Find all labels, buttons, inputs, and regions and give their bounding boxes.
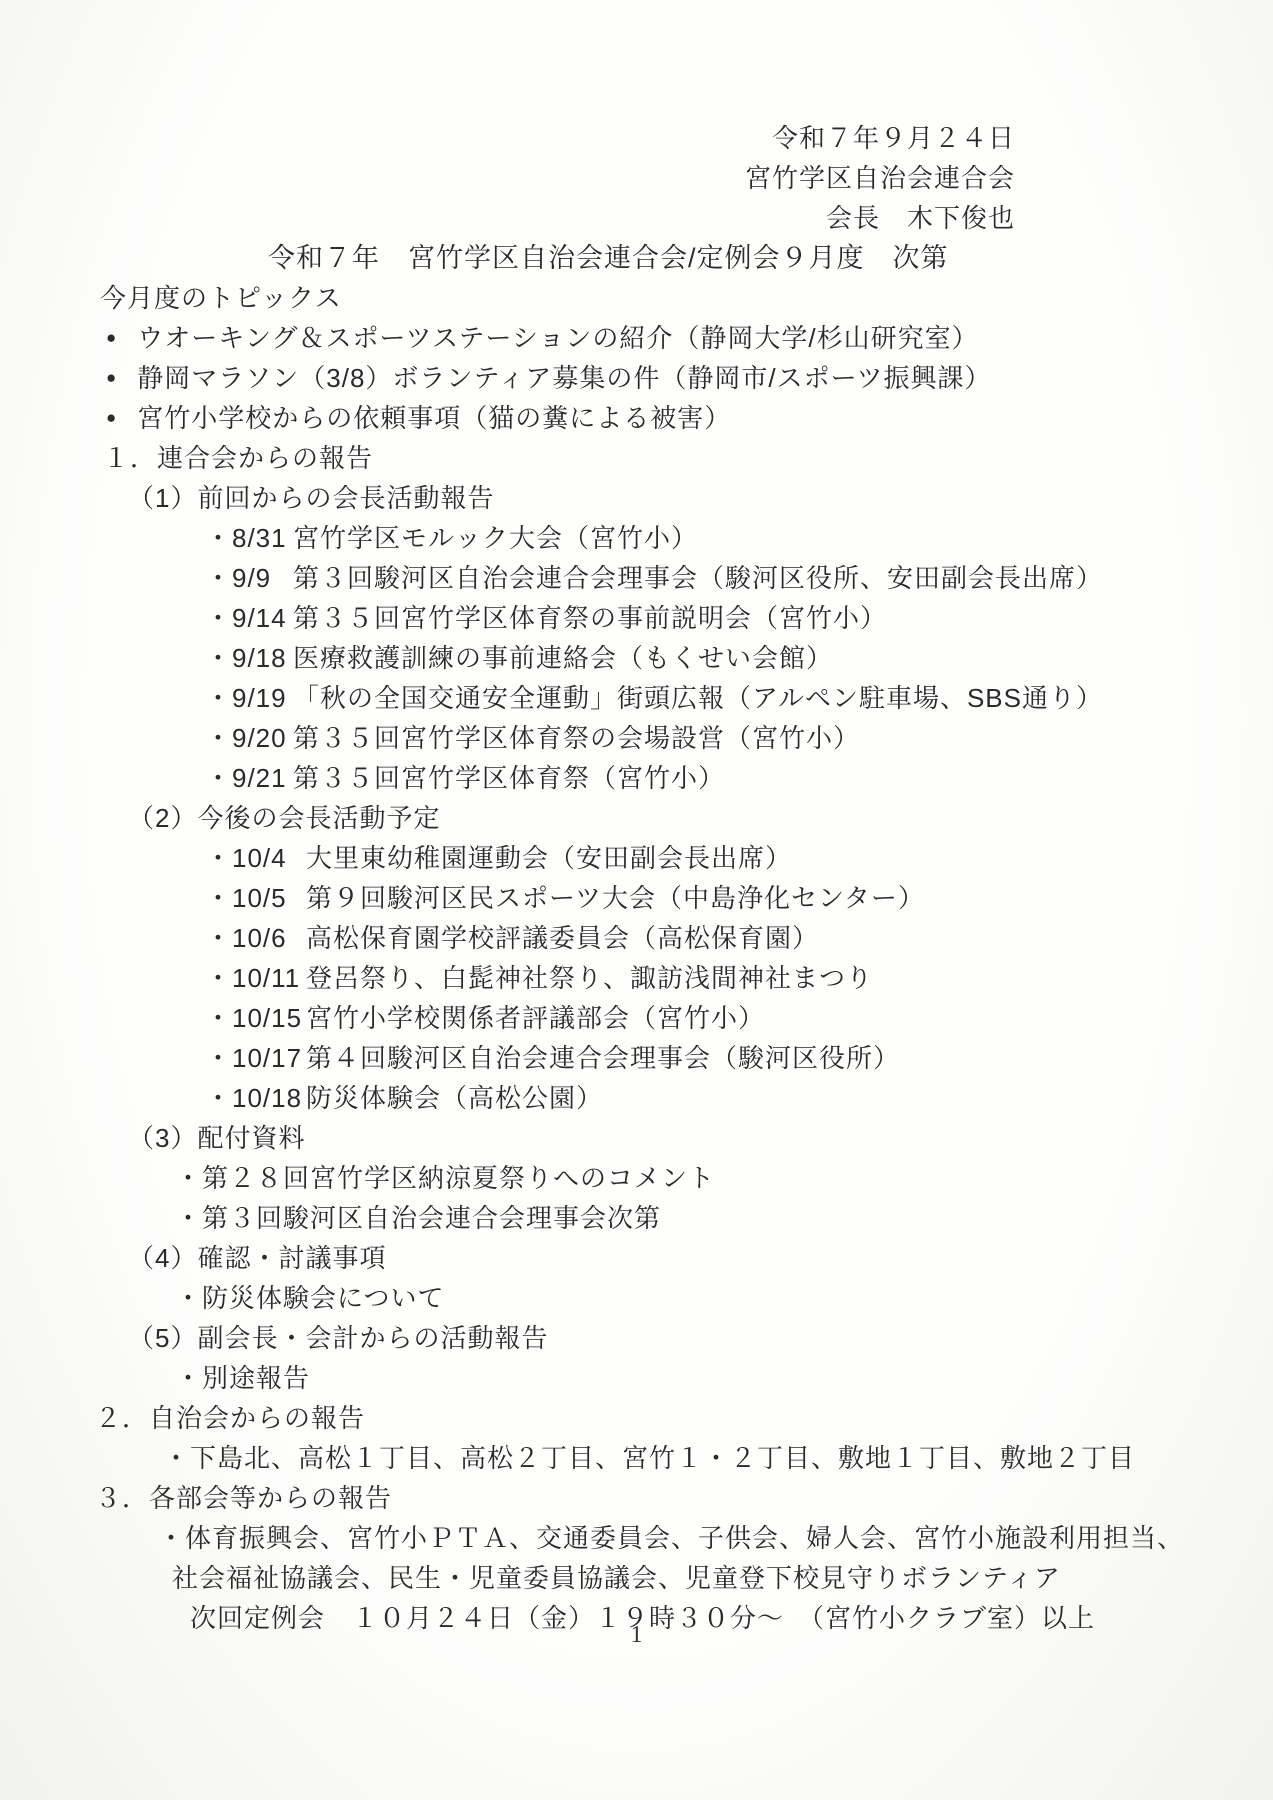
handout-item: ・第２８回宮竹学区納涼夏祭りへのコメント [0, 1158, 1273, 1198]
page-number: 1 [0, 1622, 1273, 1649]
activity-text: 大里東幼稚園運動会（安田副会長出席） [306, 838, 792, 878]
activity-row: ・9/21 第３５回宮竹学区体育祭（宮竹小） [0, 758, 1273, 798]
discussion-item: ・防災体験会について [0, 1278, 1273, 1318]
subsection-1-5-heading: （5）副会長・会計からの活動報告 [0, 1318, 1273, 1358]
section-2-heading: ２．自治会からの報告 [0, 1398, 1273, 1438]
activity-date: ・9/14 [205, 598, 293, 638]
activity-date: ・10/6 [205, 918, 306, 958]
activity-date: ・9/21 [205, 758, 293, 798]
topic-item: ● 静岡マラソン（3/8）ボランティア募集の件（静岡市/スポーツ振興課） [0, 358, 1273, 398]
activity-text: 「秋の全国交通安全運動」街頭広報（アルペン駐車場、SBS通り） [293, 678, 1103, 718]
activity-row: ・10/6 高松保育園学校評議委員会（高松保育園） [0, 918, 1273, 958]
activity-row: ・9/9 第３回駿河区自治会連合会理事会（駿河区役所、安田副会長出席） [0, 558, 1273, 598]
topic-item: ● 宮竹小学校からの依頼事項（猫の糞による被害） [0, 398, 1273, 438]
activity-row: ・10/17 第４回駿河区自治会連合会理事会（駿河区役所） [0, 1038, 1273, 1078]
topic-text: ウオーキング＆スポーツステーションの紹介（静岡大学/杉山研究室） [137, 318, 978, 358]
activity-date: ・10/18 [205, 1078, 306, 1118]
activity-row: ・10/18 防災体験会（高松公園） [0, 1078, 1273, 1118]
activity-date: ・9/20 [205, 718, 293, 758]
bullet-icon: ● [106, 398, 117, 438]
activity-date: ・10/17 [205, 1038, 306, 1078]
activity-text: 宮竹小学校関係者評議部会（宮竹小） [306, 998, 765, 1038]
activity-text: 登呂祭り、白髭神社祭り、諏訪浅間神社まつり [306, 958, 873, 998]
activity-date: ・8/31 [205, 518, 293, 558]
subsection-1-3-heading: （3）配付資料 [0, 1118, 1273, 1158]
activity-text: 防災体験会（高松公園） [306, 1078, 603, 1118]
subsection-1-2-heading: （2）今後の会長活動予定 [0, 798, 1273, 838]
activity-row: ・10/11 登呂祭り、白髭神社祭り、諏訪浅間神社まつり [0, 958, 1273, 998]
activity-text: 第３５回宮竹学区体育祭（宮竹小） [293, 758, 725, 798]
activity-text: 医療救護訓練の事前連絡会（もくせい会館） [293, 638, 833, 678]
header-date: 令和７年９月２４日 [0, 118, 1273, 158]
activity-date: ・10/15 [205, 998, 306, 1038]
header-chairman: 会長 木下俊也 [0, 198, 1273, 238]
committee-list-line1: ・体育振興会、宮竹小ＰＴＡ、交通委員会、子供会、婦人会、宮竹小施設利用担当、 [0, 1518, 1273, 1558]
committee-list-line2: 社会福祉協議会、民生・児童委員協議会、児童登下校見守りボランティア [0, 1558, 1273, 1598]
activity-text: 宮竹学区モルック大会（宮竹小） [293, 518, 698, 558]
header-organization: 宮竹学区自治会連合会 [0, 158, 1273, 198]
activity-row: ・9/18 医療救護訓練の事前連絡会（もくせい会館） [0, 638, 1273, 678]
bullet-icon: ● [106, 358, 117, 398]
activity-row: ・9/19 「秋の全国交通安全運動」街頭広報（アルペン駐車場、SBS通り） [0, 678, 1273, 718]
activity-text: 第４回駿河区自治会連合会理事会（駿河区役所） [306, 1038, 900, 1078]
activity-date: ・10/5 [205, 878, 306, 918]
report-item: ・別途報告 [0, 1358, 1273, 1398]
topic-item: ● ウオーキング＆スポーツステーションの紹介（静岡大学/杉山研究室） [0, 318, 1273, 358]
section-1-heading: １．連合会からの報告 [0, 438, 1273, 478]
activity-text: 第３回駿河区自治会連合会理事会（駿河区役所、安田副会長出席） [293, 558, 1103, 598]
activity-row: ・9/20 第３５回宮竹学区体育祭の会場設営（宮竹小） [0, 718, 1273, 758]
topics-heading: 今月度のトピックス [0, 278, 1273, 318]
activity-row: ・10/4 大里東幼稚園運動会（安田副会長出席） [0, 838, 1273, 878]
activity-date: ・9/18 [205, 638, 293, 678]
activity-date: ・9/19 [205, 678, 293, 718]
bullet-icon: ● [106, 318, 117, 358]
neighborhood-list: ・下島北、高松１丁目、高松２丁目、宮竹１・２丁目、敷地１丁目、敷地２丁目 [0, 1438, 1273, 1478]
activity-row: ・10/5 第９回駿河区民スポーツ大会（中島浄化センター） [0, 878, 1273, 918]
activity-date: ・10/11 [205, 958, 306, 998]
topic-text: 宮竹小学校からの依頼事項（猫の糞による被害） [137, 398, 731, 438]
scanned-document-page: 令和７年９月２４日 宮竹学区自治会連合会 会長 木下俊也 令和７年 宮竹学区自治… [0, 0, 1273, 1800]
activity-date: ・10/4 [205, 838, 306, 878]
topic-text: 静岡マラソン（3/8）ボランティア募集の件（静岡市/スポーツ振興課） [137, 358, 991, 398]
activity-text: 高松保育園学校評議委員会（高松保育園） [306, 918, 819, 958]
subsection-1-4-heading: （4）確認・討議事項 [0, 1238, 1273, 1278]
document-title: 令和７年 宮竹学区自治会連合会/定例会９月度 次第 [0, 238, 1273, 278]
section-3-heading: ３．各部会等からの報告 [0, 1478, 1273, 1518]
document-content: 令和７年９月２４日 宮竹学区自治会連合会 会長 木下俊也 令和７年 宮竹学区自治… [0, 118, 1273, 1638]
subsection-1-1-heading: （1）前回からの会長活動報告 [0, 478, 1273, 518]
activity-row: ・9/14 第３５回宮竹学区体育祭の事前説明会（宮竹小） [0, 598, 1273, 638]
handout-item: ・第３回駿河区自治会連合会理事会次第 [0, 1198, 1273, 1238]
activity-row: ・8/31 宮竹学区モルック大会（宮竹小） [0, 518, 1273, 558]
activity-text: 第９回駿河区民スポーツ大会（中島浄化センター） [306, 878, 925, 918]
activity-date: ・9/9 [205, 558, 293, 598]
activity-text: 第３５回宮竹学区体育祭の会場設営（宮竹小） [293, 718, 860, 758]
activity-row: ・10/15 宮竹小学校関係者評議部会（宮竹小） [0, 998, 1273, 1038]
activity-text: 第３５回宮竹学区体育祭の事前説明会（宮竹小） [293, 598, 887, 638]
